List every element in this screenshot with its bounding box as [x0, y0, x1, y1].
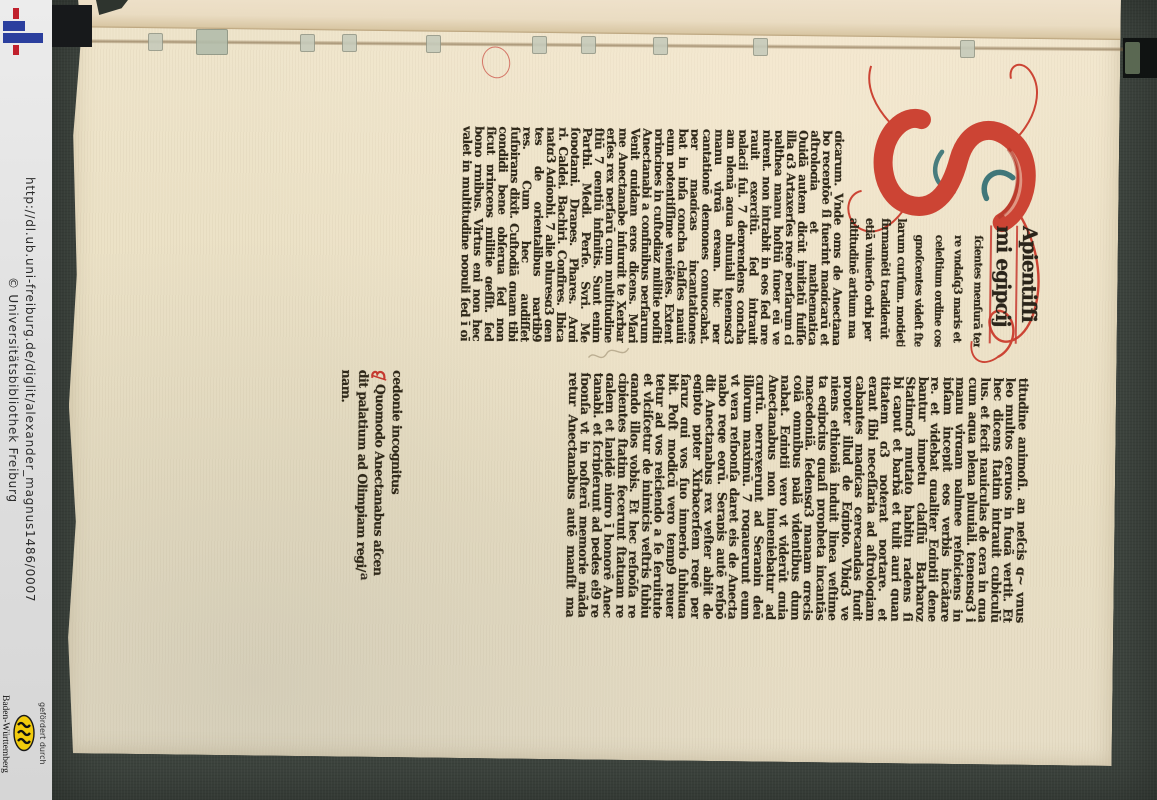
funding-region-text: Baden-Württemberg [0, 695, 10, 773]
book-page-wrap: Apientiſſi mi egipcij ſcientes menſurā t… [78, 0, 1125, 772]
quire-signature: a [358, 573, 372, 581]
spine-shadow-left [52, 5, 92, 47]
sewing-tab [300, 34, 315, 52]
uni-freiburg-logo-icon [0, 0, 52, 60]
logo-blue-bar-long [3, 33, 43, 43]
funding-label: gefördert durch [38, 702, 47, 765]
source-url-text: http://dl.ub.uni-freiburg.de/diglit/alex… [23, 177, 37, 602]
sewing-tab [148, 33, 163, 51]
sewing-tab [960, 40, 975, 58]
column1-intro-lines: ſcientes menſurā terre vndaſq3 maris etc… [909, 234, 988, 347]
marginal-squiggle [586, 339, 630, 370]
scan-background: Apientiſſi mi egipcij ſcientes menſurā t… [52, 0, 1157, 800]
sewing-tab [581, 36, 596, 54]
sewing-tab [753, 38, 768, 56]
chapter-heading: Apientiſſi mi egipcij [989, 225, 1042, 348]
heading-line-2: mi egipcij [989, 225, 1016, 343]
metadata-sidebar: http://dl.ub.uni-freiburg.de/diglit/alex… [0, 0, 52, 800]
column1-body: gicarum. Vnde oms de Anectanabo receptōe… [461, 126, 848, 346]
column1-short-lines: larum curſum. motietiãfirmamēti tradider… [845, 218, 911, 347]
binding-tape [1125, 42, 1140, 74]
sewing-tab-large [196, 29, 228, 55]
red-circle-annotation [479, 44, 514, 82]
screenshot-stage: Apientiſſi mi egipcij ſcientes menſurā t… [0, 0, 1157, 800]
sewing-tab [426, 35, 441, 53]
heading-line-1: Apientiſſi [1015, 226, 1042, 344]
copyright-text: © Universitätsbibliothek Freiburg [6, 277, 20, 503]
gutter-fold-strip [74, 0, 1121, 40]
rubric-text: Quomodo Anectanabus aſcen [369, 384, 388, 576]
baden-wuerttemberg-coat-of-arms-icon [13, 714, 35, 752]
red-pilcrow-icon [369, 370, 388, 381]
sewing-tab [342, 34, 357, 52]
logo-red-square-top [13, 8, 19, 19]
column2-body: titudine animoſi. an neſcis q~ vnusleo m… [566, 372, 1031, 623]
sewing-tab [532, 36, 547, 54]
sewing-tab [653, 37, 668, 55]
incunable-page: Apientiſſi mi egipcij ſcientes menſurā t… [65, 0, 1121, 766]
rubric-line-3: nam. [335, 369, 355, 614]
logo-blue-bar-short [3, 21, 25, 31]
column2-catchline: cedonie incognitus [385, 370, 405, 615]
logo-red-square-bottom [13, 45, 19, 55]
